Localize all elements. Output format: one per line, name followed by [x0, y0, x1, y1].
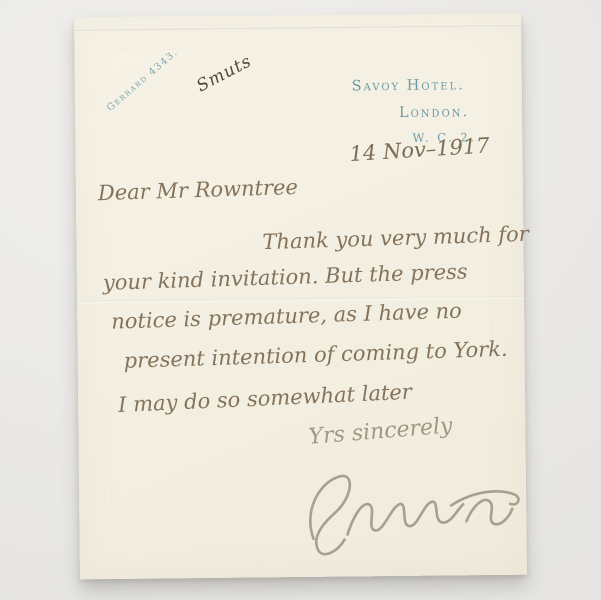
letter-photo: Gerrard 4343. Smuts Savoy Hotel. London.… — [0, 0, 601, 600]
paper-fold-crease-top — [74, 24, 521, 32]
letter-salutation: Dear Mr Rowntree — [98, 175, 299, 205]
signature-icon — [291, 451, 527, 581]
letter-body-line: your kind invitation. But the press — [103, 259, 468, 294]
letter-body-line: notice is premature, as I have no — [111, 299, 462, 334]
letterhead-hotel-name: Savoy Hotel. — [352, 77, 465, 94]
letter-paper: Gerrard 4343. Smuts Savoy Hotel. London.… — [74, 13, 527, 580]
letterhead-city: London. — [399, 104, 469, 121]
letter-body-line: Thank you very much for — [262, 222, 529, 254]
pencil-annotation-smuts: Smuts — [193, 51, 255, 96]
letter-closing: Yrs sincerely — [308, 413, 454, 449]
letter-date: 14 Nov–1917 — [349, 133, 490, 166]
signature-scrawl — [291, 451, 527, 581]
letterhead-phone-number: Gerrard 4343. — [94, 37, 192, 123]
letter-body-line: I may do so somewhat later — [118, 380, 413, 417]
letter-body-line: present intention of coming to York. — [123, 337, 508, 373]
